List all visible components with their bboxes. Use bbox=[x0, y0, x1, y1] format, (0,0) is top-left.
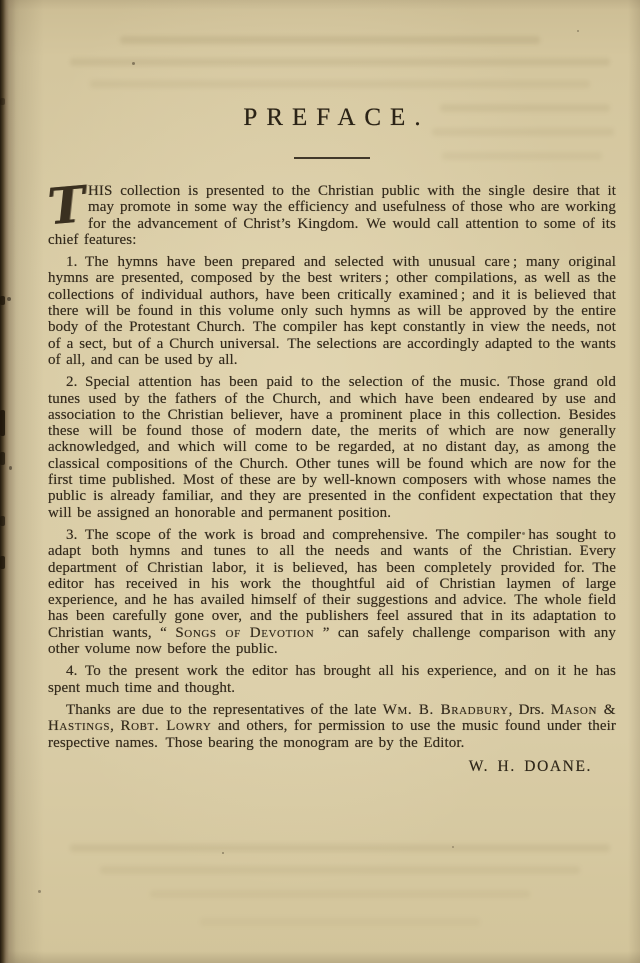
binding-mark bbox=[0, 410, 5, 436]
preface-body: THIS collection is presented to the Chri… bbox=[48, 183, 616, 776]
book-binding-edge bbox=[0, 0, 16, 963]
paper-speck bbox=[522, 532, 525, 535]
paper-speck bbox=[7, 297, 11, 301]
page-header: PREFACE. bbox=[48, 104, 616, 159]
page-title: PREFACE. bbox=[48, 104, 616, 132]
paper-speck bbox=[38, 890, 41, 893]
page-show-through bbox=[200, 918, 480, 926]
thanks-text: Thanks are due to the representatives of… bbox=[66, 702, 383, 718]
preface-paragraph-2: 2. Special attention has been paid to th… bbox=[48, 374, 616, 521]
ornate-dropcap-T: T bbox=[46, 183, 82, 233]
title-divider bbox=[294, 157, 370, 159]
page-show-through bbox=[70, 844, 610, 852]
paragraph-3-text: 3. The scope of the work is broad and co… bbox=[48, 527, 616, 641]
binding-mark bbox=[0, 452, 5, 465]
name-wm-b-bradbury: Wm. B. Bradbury bbox=[383, 702, 509, 718]
intro-paragraph: THIS collection is presented to the Chri… bbox=[48, 183, 616, 248]
paper-speck bbox=[132, 62, 135, 65]
intro-paragraph-text: HIS collection is presented to the Chris… bbox=[48, 183, 616, 248]
page-show-through bbox=[150, 890, 530, 898]
paper-speck bbox=[222, 852, 224, 854]
paper-speck bbox=[9, 466, 12, 470]
binding-mark bbox=[0, 516, 5, 526]
paper-speck bbox=[577, 30, 579, 32]
preface-paragraph-3: 3. The scope of the work is broad and co… bbox=[48, 527, 616, 657]
thanks-text: , bbox=[110, 718, 120, 734]
paper-speck bbox=[95, 188, 97, 191]
thanks-text: , Drs. bbox=[509, 702, 551, 718]
acknowledgments-paragraph: Thanks are due to the representatives of… bbox=[48, 702, 616, 751]
name-robt-lowry: Robt. Lowry bbox=[120, 718, 211, 734]
paper-speck bbox=[452, 846, 454, 848]
preface-paragraph-4: 4. To the present work the editor has br… bbox=[48, 663, 616, 696]
editor-signature: W. H. DOANE. bbox=[48, 758, 592, 776]
preface-paragraph-1: 1. The hymns have been prepared and sele… bbox=[48, 254, 616, 368]
binding-mark bbox=[0, 556, 5, 569]
binding-mark bbox=[0, 296, 5, 305]
book-title-songs-of-devotion: Songs of Devotion bbox=[175, 625, 314, 641]
scanned-book-page: PREFACE. THIS collection is presented to… bbox=[0, 0, 640, 776]
page-show-through bbox=[100, 866, 580, 874]
binding-mark bbox=[0, 98, 5, 105]
